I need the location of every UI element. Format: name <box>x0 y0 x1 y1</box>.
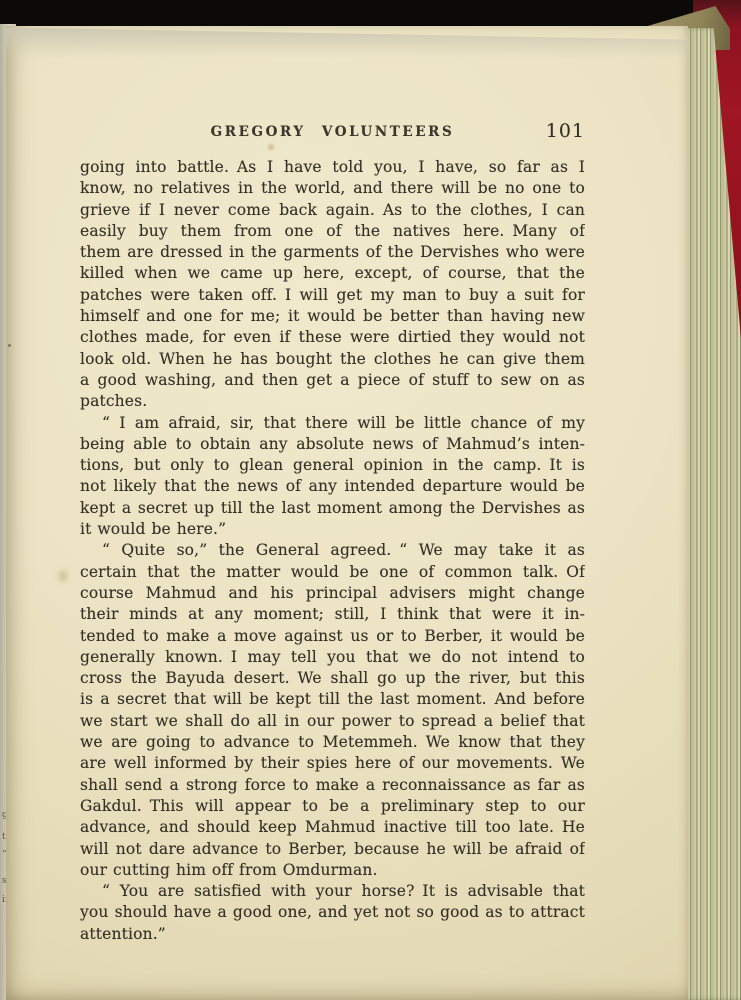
text-line: course Mahmud and his principal advisers… <box>80 583 585 604</box>
text-line: we start we shall do all in our power to… <box>80 711 585 732</box>
text-line: know, no relatives in the world, and the… <box>80 178 585 199</box>
text-line: it would be here.” <box>80 519 585 540</box>
book-photo: gt-”stin GREGORY VOLUNTEERS 101 going in… <box>0 0 741 1000</box>
text-line: will not dare advance to Berber, because… <box>80 839 585 860</box>
text-line: kept a secret up till the last moment am… <box>80 498 585 519</box>
text-line: tions, but only to glean general opinion… <box>80 455 585 476</box>
page-top-edge <box>6 26 688 62</box>
text-line: their minds at any moment; still, I thin… <box>80 604 585 625</box>
text-line: them are dressed in the garments of the … <box>80 242 585 263</box>
text-line: going into battle. As I have told you, I… <box>80 157 585 178</box>
text-line: our cutting him off from Omdurman. <box>80 860 585 881</box>
book-page: GREGORY VOLUNTEERS 101 going into battle… <box>6 26 688 1000</box>
text-line: look old. When he has bought the clothes… <box>80 349 585 370</box>
text-line: shall send a strong force to make a reco… <box>80 775 585 796</box>
page-number: 101 <box>546 120 585 142</box>
text-line: Gakdul. This will appear to be a prelimi… <box>80 796 585 817</box>
text-line: you should have a good one, and yet not … <box>80 902 585 923</box>
scan-speck <box>58 570 68 582</box>
text-line: we are going to advance to Metemmeh. We … <box>80 732 585 753</box>
text-line: not likely that the news of any intended… <box>80 476 585 497</box>
text-line: generally known. I may tell you that we … <box>80 647 585 668</box>
text-line: clothes made, for even if these were dir… <box>80 327 585 348</box>
text-line: cross the Bayuda desert. We shall go up … <box>80 668 585 689</box>
text-line: a good washing, and then get a piece of … <box>80 370 585 391</box>
text-line: attention.” <box>80 924 585 945</box>
running-title: GREGORY VOLUNTEERS <box>80 124 585 140</box>
text-line: advance, and should keep Mahmud inactive… <box>80 817 585 838</box>
text-line: grieve if I never come back again. As to… <box>80 200 585 221</box>
text-line: patches were taken off. I will get my ma… <box>80 285 585 306</box>
text-line: is a secret that will be kept till the l… <box>80 689 585 710</box>
text-line: himself and one for me; it would be bett… <box>80 306 585 327</box>
text-line: being able to obtain any absolute news o… <box>80 434 585 455</box>
text-line: tended to make a move against us or to B… <box>80 626 585 647</box>
text-line: are well informed by their spies here of… <box>80 753 585 774</box>
text-line: easily buy them from one of the natives … <box>80 221 585 242</box>
text-line: “ I am afraid, sir, that there will be l… <box>80 413 585 434</box>
page-header: GREGORY VOLUNTEERS 101 <box>80 124 585 148</box>
text-line: “ Quite so,” the General agreed. “ We ma… <box>80 540 585 561</box>
text-line: patches. <box>80 391 585 412</box>
text-line: certain that the matter would be one of … <box>80 562 585 583</box>
body-text: going into battle. As I have told you, I… <box>80 157 585 945</box>
scan-speck <box>8 344 11 347</box>
text-line: killed when we came up here, except, of … <box>80 263 585 284</box>
text-line: “ You are satisfied with your horse? It … <box>80 881 585 902</box>
